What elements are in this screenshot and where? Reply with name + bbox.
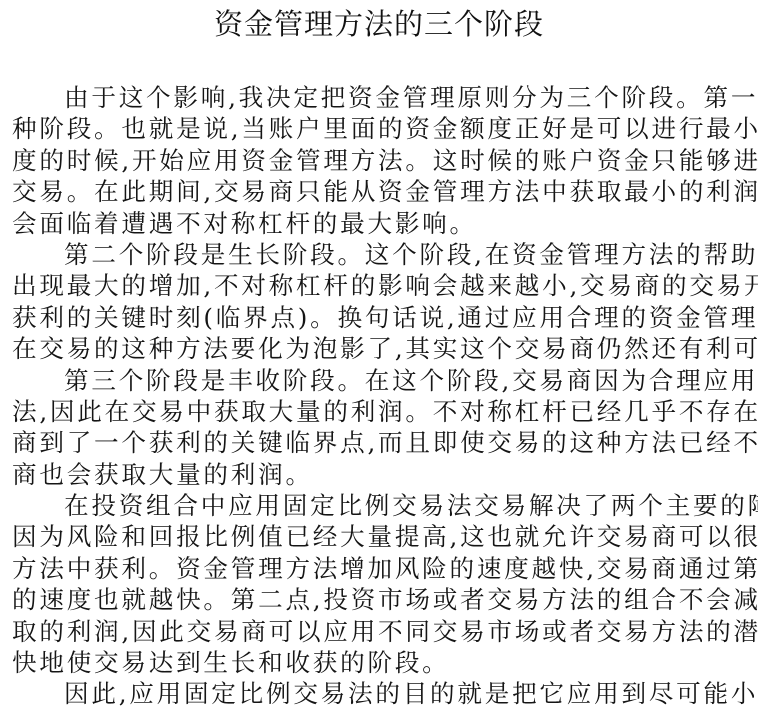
text-line: 方法中获利。资金管理方法增加风险的速度越快,交易商通过第一个播种阶段 [12,553,754,584]
page-title: 资金管理方法的三个阶段 [0,4,758,44]
text-line: 在投资组合中应用固定比例交易法交易解决了两个主要的障碍。第一点, [12,490,754,521]
text-line: 获利的关键时刻(临界点)。换句话说,通过应用合理的资金管理方法,即使正 [12,302,754,333]
document-page: 资金管理方法的三个阶段 由于这个影响,我决定把资金管理原则分为三个阶段。第一个阶… [0,0,758,708]
text-line: 会面临着遭遇不对称杠杆的最大影响。 [12,208,754,239]
text-line: 在交易的这种方法要化为泡影了,其实这个交易商仍然还有利可图。 [12,333,754,364]
text-line: 法,因此在交易中获取大量的利润。不对称杠杆已经几乎不存在了,不仅交易 [12,396,754,427]
text-line: 种阶段。也就是说,当账户里面的资金额度正好是可以进行最小交易的资金额 [12,113,754,144]
text-line: 因此,应用固定比例交易法的目的就是把它应用到尽可能小的风险和回报 [12,678,754,708]
text-line: 商到了一个获利的关键临界点,而且即使交易的这种方法已经不再奏效,交易 [12,427,754,458]
text-line: 因为风险和回报比例值已经大量提高,这也就允许交易商可以很快从资金管理 [12,521,754,552]
text-line: 商也会获取大量的利润。 [12,459,754,490]
text-line: 快地使交易达到生长和收获的阶段。 [12,647,754,678]
text-line: 出现最大的增加,不对称杠杆的影响会越来越小,交易商的交易开始到了一个 [12,270,754,301]
text-line: 的速度也就越快。第二点,投资市场或者交易方法的组合不会减少最后交易获 [12,584,754,615]
text-line: 度的时候,开始应用资金管理方法。这时候的账户资金只能够进行最小单位的 [12,145,754,176]
text-line: 由于这个影响,我决定把资金管理原则分为三个阶段。第一个阶段就是播 [12,82,754,113]
text-line: 取的利润,因此交易商可以应用不同交易市场或者交易方法的潜在利润,以更 [12,616,754,647]
text-line: 第二个阶段是生长阶段。这个阶段,在资金管理方法的帮助下,账户开始 [12,239,754,270]
text-line: 第三个阶段是丰收阶段。在这个阶段,交易商因为合理应用了资金管理方 [12,365,754,396]
text-line: 交易。在此期间,交易商只能从资金管理方法中获取最小的利润好处,并且还 [12,176,754,207]
document-body: 由于这个影响,我决定把资金管理原则分为三个阶段。第一个阶段就是播 种阶段。也就是… [12,82,754,708]
